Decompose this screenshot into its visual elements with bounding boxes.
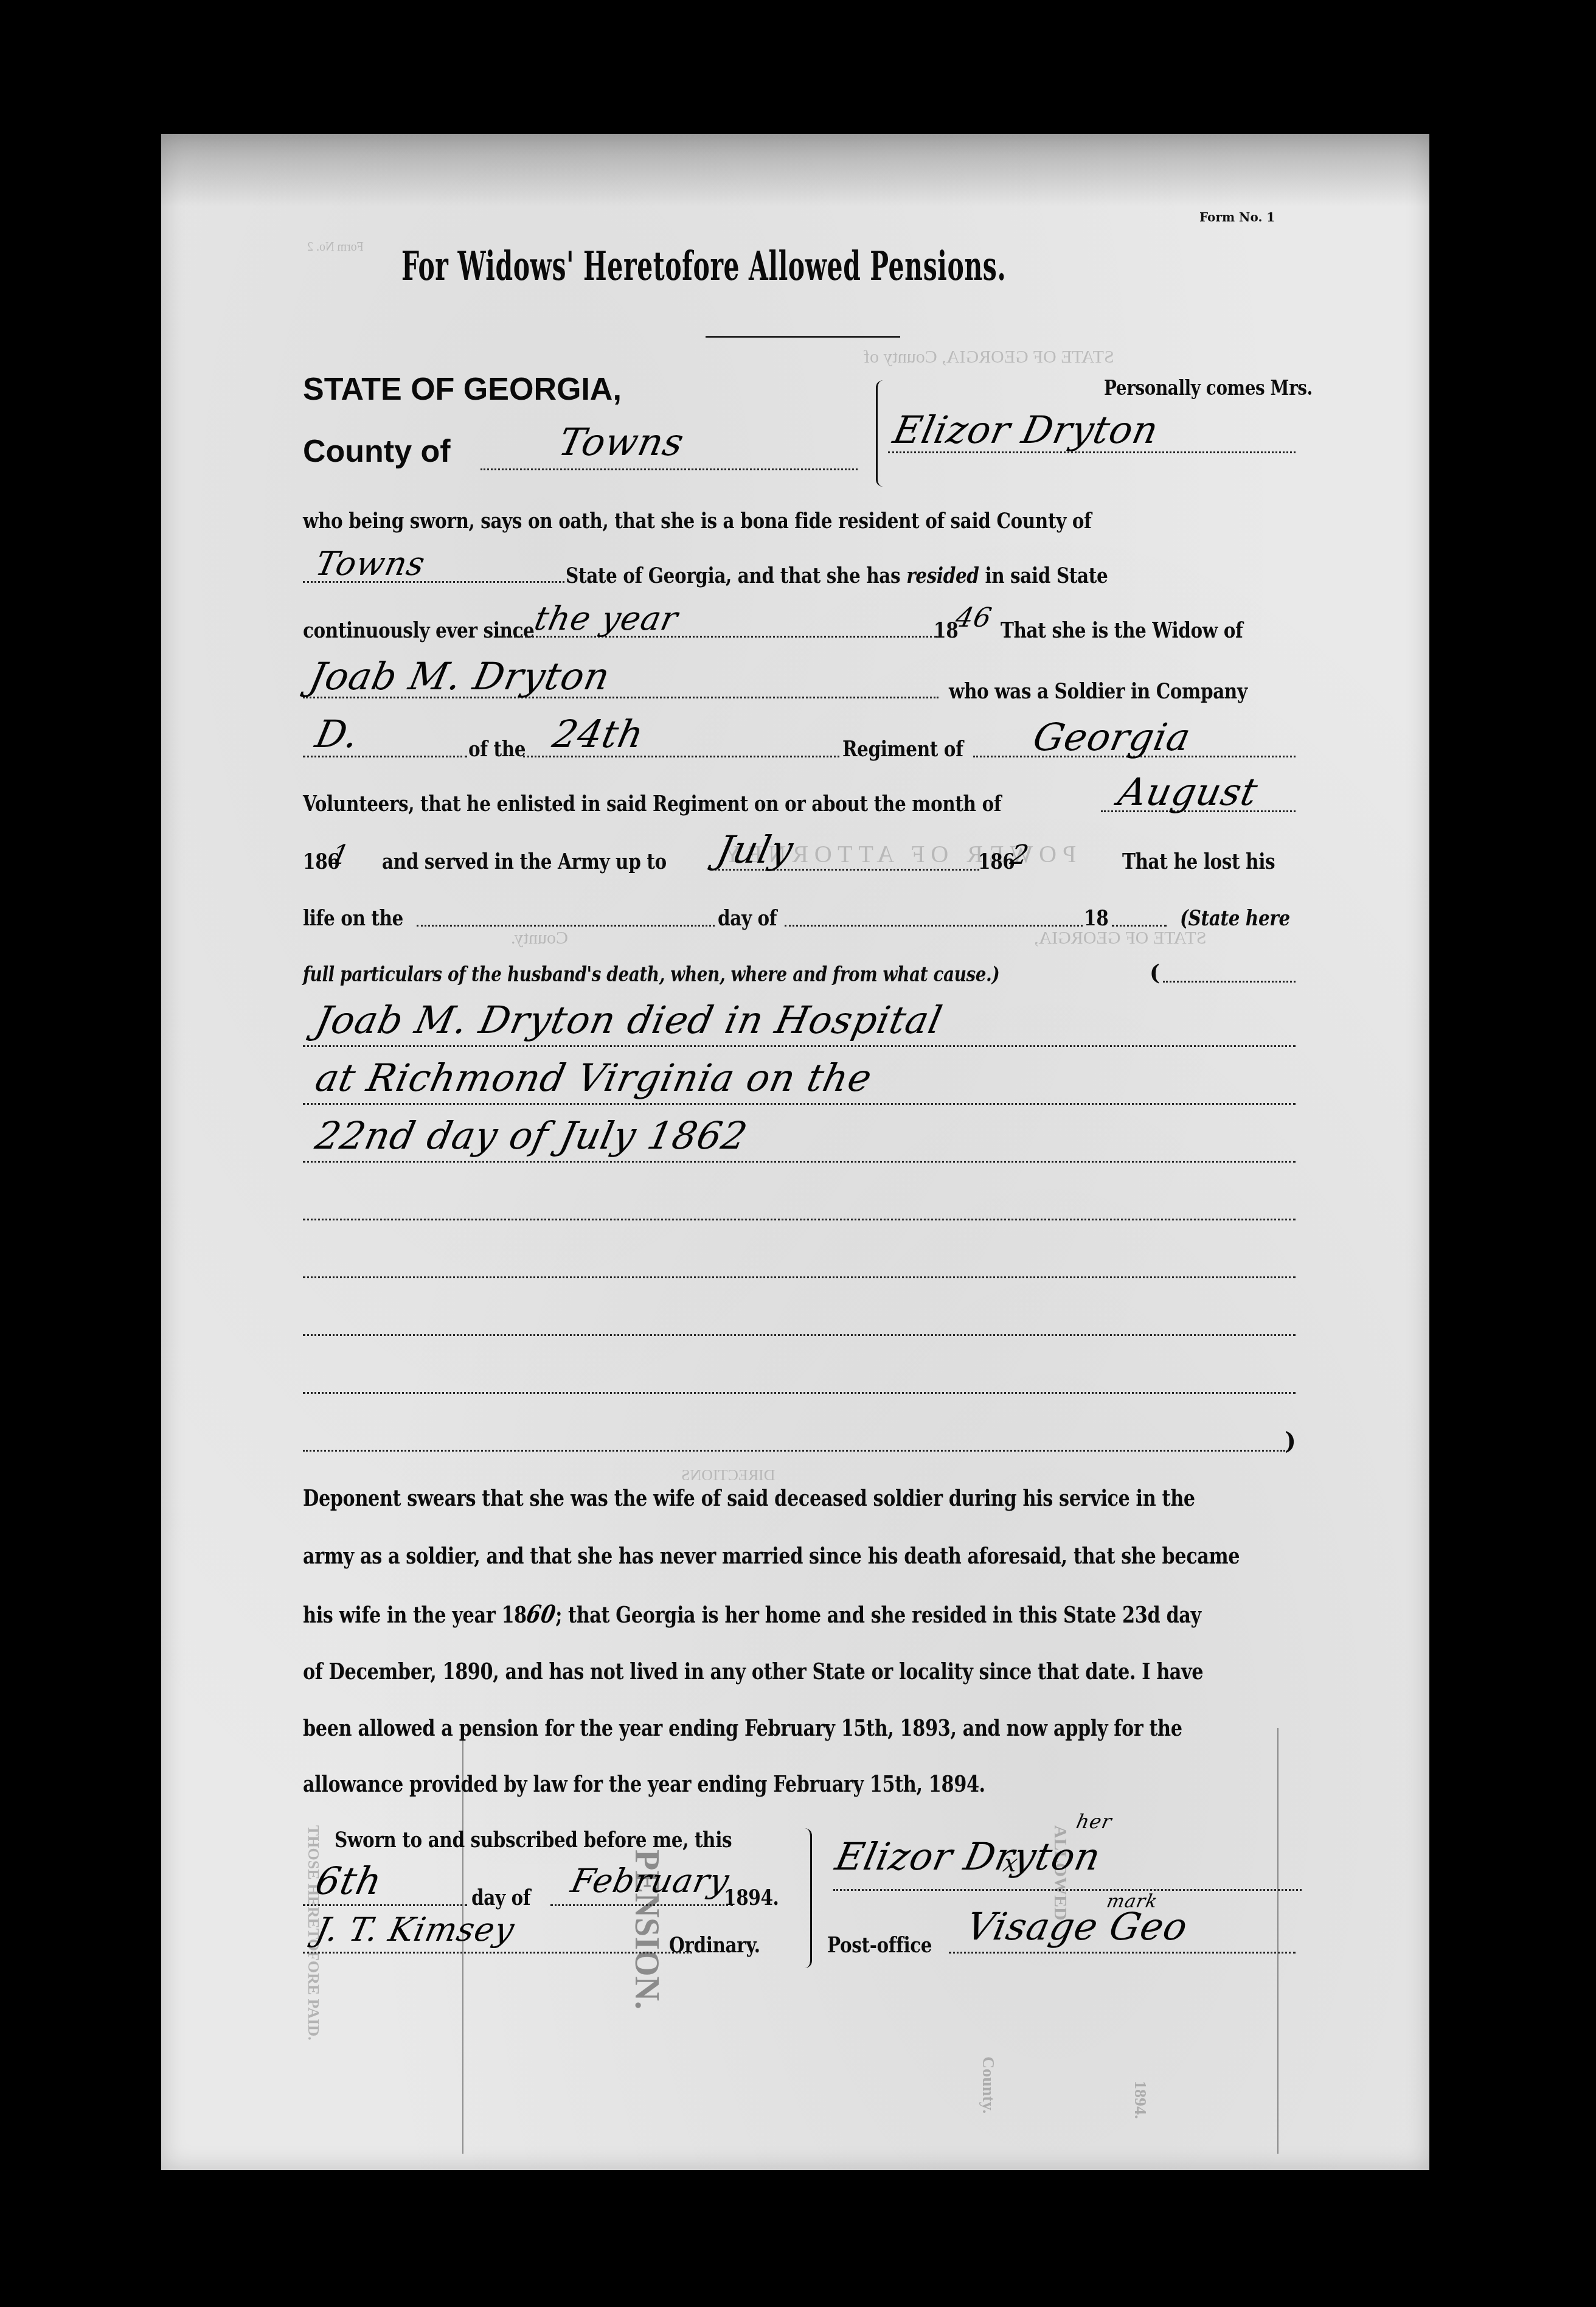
body-line: full particulars of the husband's death,… (303, 962, 999, 987)
bleed-through-vertical-text: 1894. (1130, 2081, 1150, 2119)
county-field: Towns (555, 420, 688, 464)
body-line: That he lost his (1122, 849, 1275, 874)
body-line: day of (718, 905, 777, 931)
served-until-month-field: July (713, 827, 797, 872)
marriage-year-field: 60 (524, 1600, 558, 1629)
particulars-line (303, 1450, 1285, 1452)
text: in said State (985, 563, 1108, 588)
bleed-through-vertical-text: County. (978, 2056, 998, 2114)
residence-year-field: 46 (953, 602, 995, 633)
text: resided (906, 563, 979, 588)
sworn-label: Sworn to and subscribed before me, this (335, 1827, 732, 1853)
jurat-day-line (303, 1904, 467, 1906)
jurat-month-line (550, 1904, 733, 1906)
particulars-line (303, 1334, 1296, 1336)
particulars-line (303, 1103, 1296, 1105)
deponent-line: army as a soldier, and that she has neve… (303, 1542, 1240, 1569)
deponent-line: Deponent swears that she was the wife of… (303, 1484, 1195, 1511)
particulars-line (303, 1276, 1296, 1278)
of-the-label: of the (468, 736, 526, 762)
particulars-line (303, 1219, 1296, 1220)
body-line: who was a Soldier in Company (949, 678, 1247, 704)
post-office-line (949, 1952, 1296, 1954)
death-day-line (417, 925, 715, 927)
bleed-through-text: County. (511, 928, 568, 948)
ordinary-signature-line (303, 1952, 692, 1954)
regiment-of-label: Regiment of (842, 736, 963, 762)
ordinary-signature: J. T. Kimsey (312, 1910, 518, 1949)
jurat-bracket (802, 1828, 812, 1968)
deponent-line: been allowed a pension for the year endi… (303, 1714, 1182, 1741)
her-label: her (1074, 1810, 1114, 1833)
ordinary-label: Ordinary. (669, 1932, 760, 1958)
regiment-state-field: Georgia (1029, 715, 1195, 759)
particulars-line (303, 1045, 1296, 1047)
county-label: County of (303, 433, 451, 470)
text: his wife in the year (303, 1601, 495, 1628)
death-year-line (1112, 925, 1167, 927)
body-line: and served in the Army up to (382, 849, 667, 874)
soldier-name-field: Joab M. Dryton (305, 654, 614, 698)
personally-comes-label: Personally comes Mrs. (1104, 376, 1313, 400)
deponent-line: allowance provided by law for the year e… (303, 1770, 985, 1797)
body-line: (State here (1180, 905, 1290, 931)
death-particulars-line: at Richmond Virginia on the (311, 1056, 876, 1100)
header-bracket (876, 380, 886, 487)
jurat-year: 1894. (724, 1885, 779, 1910)
bleed-through-rule (1277, 1728, 1279, 2154)
post-office-field: Visage Geo (962, 1904, 1192, 1949)
text: State of Georgia, and that she has (566, 563, 900, 588)
post-office-label: Post-office (827, 1932, 932, 1958)
particulars-line (303, 1392, 1296, 1394)
open-paren: ( (1150, 960, 1160, 986)
death-particulars-line: Joab M. Dryton died in Hospital (311, 998, 946, 1042)
deponent-line: his wife in the year 1860; that Georgia … (303, 1600, 1201, 1629)
bleed-through-text: STATE OF GEORGIA, (1034, 928, 1206, 948)
regiment-number-field: 24th (549, 712, 648, 756)
close-paren: ) (1285, 1427, 1296, 1455)
death-particulars-line: 22nd day of July 1862 (311, 1113, 751, 1158)
text: 18 (501, 1601, 526, 1628)
form-number: Form No. 1 (1199, 210, 1275, 224)
particulars-line (1163, 981, 1296, 983)
enlist-month-field: August (1114, 770, 1262, 814)
state-heading: STATE OF GEORGIA, (303, 371, 622, 408)
body-line: continuously ever since (303, 618, 534, 643)
jurat-month-field: February (567, 1862, 733, 1900)
applicant-name-field: Elizor Dryton (889, 408, 1162, 452)
body-line: That she is the Widow of (1001, 618, 1243, 643)
day-of-label: day of (471, 1885, 530, 1910)
text: ; that Georgia is her home and she resid… (555, 1601, 1201, 1628)
county-field: Towns (312, 545, 428, 583)
jurat-day-field: 6th (311, 1859, 386, 1903)
deponent-line: of December, 1890, and has not lived in … (303, 1658, 1203, 1685)
death-month-line (785, 925, 1083, 927)
bleed-through-form-number: Form No. 2 (307, 240, 364, 254)
bleed-through-text: STATE OF GEORGIA, County of (864, 347, 1114, 367)
particulars-line (303, 1161, 1296, 1163)
body-line: State of Georgia, and that she has resid… (566, 563, 1108, 588)
applicant-signature: Elizor Dryton (831, 1834, 1105, 1879)
title-rule (706, 336, 900, 338)
body-line: who being sworn, says on oath, that she … (303, 508, 1091, 534)
applicant-signature-line (833, 1889, 1302, 1891)
body-line: Volunteers, that he enlisted in said Reg… (303, 791, 1001, 816)
body-line: life on the (303, 905, 403, 931)
residence-since-field: the year (531, 599, 681, 638)
page-title: For Widows' Heretofore Allowed Pensions. (401, 242, 1006, 290)
bleed-through-text: DIRECTIONS (681, 1466, 775, 1484)
county-field-line (481, 468, 858, 470)
year-prefix: 18 (1084, 905, 1108, 931)
